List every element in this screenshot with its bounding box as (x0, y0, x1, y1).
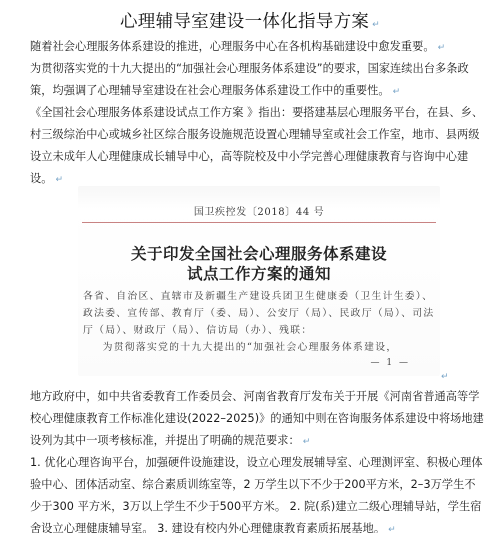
paragraph-intro: 随着社会心理服务体系建设的推进，心理服务中心在各机构基础建设中愈发重要。↵ (30, 36, 485, 59)
embedded-document-image: 国卫疾控发〔2018〕44 号 关于印发全国社会心理服务体系建设 试点工作方案的… (78, 186, 440, 376)
page-number: — 1 — (371, 358, 410, 368)
notice-heading-line-1: 关于印发全国社会心理服务体系建设 (78, 242, 440, 264)
paragraph-mark-icon: ↵ (372, 20, 380, 30)
notice-body-first-line: 为贯彻落实党的十九大提出的“加强社会心理服务体系建设， (83, 339, 436, 356)
paragraph-requirements: 1. 优化心理咨询平台，加强硬件设施建设，设立心理发展辅导室、心理测评室、积极心… (30, 452, 485, 533)
notice-recipients: 各省、自治区、直辖市及新疆生产建设兵团卫生健康委（卫生计生委）、政法委、宣传部、… (83, 288, 436, 356)
paragraph-mark-icon: ↵ (303, 437, 311, 447)
paragraph-mark-icon: ↵ (55, 175, 63, 185)
paragraph-mark-icon: ↵ (388, 525, 396, 533)
notice-heading-line-2: 试点工作方案的通知 (78, 262, 440, 284)
paragraph-pilot-plan: 《全国社会心理服务体系建设试点工作方案 》指出：要搭建基层心理服务平台，在县、乡… (30, 102, 485, 191)
paragraph-policy: 为贯彻落实党的十九大提出的“加强社会心理服务体系建设”的要求，国家连续出台多条政… (30, 58, 485, 103)
paragraph-mark-icon: ↵ (393, 87, 401, 97)
document-title: 心理辅导室建设一体化指导方案↵ (0, 8, 500, 33)
paragraph-mark-icon: ↵ (441, 372, 449, 382)
paragraph-mark-icon: ↵ (438, 43, 446, 53)
document-number: 国卫疾控发〔2018〕44 号 (78, 203, 440, 218)
red-header-rule (82, 222, 436, 223)
paragraph-henan: 地方政府中，如中共省委教育工作委员会、河南省教育厅发布关于开展《河南省普通高等学… (30, 386, 485, 453)
